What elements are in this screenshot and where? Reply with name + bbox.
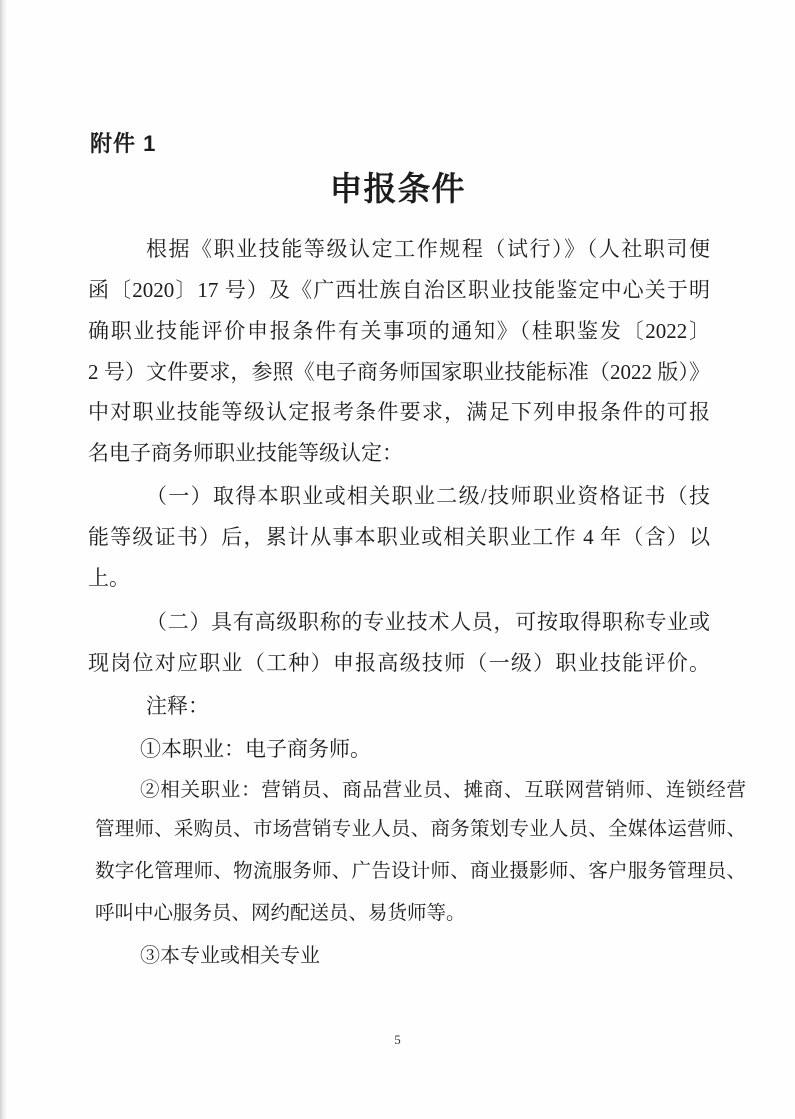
scan-edge-shadow xyxy=(0,0,7,1119)
body-line: 能等级证书）后，累计从事本职业或相关职业工作 4 年（含）以 xyxy=(88,525,710,552)
body-line: 名电子商务师职业技能等级认定： xyxy=(88,441,403,467)
document-title: 申报条件 xyxy=(0,174,795,207)
body-line: 上。 xyxy=(88,566,130,592)
body-line: 函〔2020〕17 号）及《广西壮族自治区职业技能鉴定中心关于明 xyxy=(88,278,710,305)
scanned-document-page: 附件 1 申报条件 根据《职业技能等级认定工作规程（试行）》（人社职司便 函〔2… xyxy=(0,0,795,1119)
notes-heading: 注释： xyxy=(146,694,209,720)
note-line: ①本职业：电子商务师。 xyxy=(140,737,371,763)
body-line: 确职业技能评价申报条件有关事项的通知》（桂职鉴发〔2022〕 xyxy=(88,319,710,346)
note-line: ②相关职业：营销员、商品营业员、摊商、互联网营销师、连锁经营 xyxy=(140,779,746,806)
body-line: （一）取得本职业或相关职业二级/技师职业资格证书（技 xyxy=(146,484,710,511)
body-line: （二）具有高级职称的专业技术人员，可按取得职称专业或 xyxy=(146,610,710,637)
attachment-label: 附件 1 xyxy=(90,133,156,155)
body-line: 根据《职业技能等级认定工作规程（试行）》（人社职司便 xyxy=(146,237,710,264)
note-line: ③本专业或相关专业 xyxy=(140,944,320,968)
body-line: 现岗位对应职业（工种）申报高级技师（一级）职业技能评价。 xyxy=(88,651,710,678)
body-line: 2 号）文件要求，参照《电子商务师国家职业技能标准（2022 版）》 xyxy=(88,360,710,387)
note-line: 管理师、采购员、市场营销专业人员、商务策划专业人员、全媒体运营师、 xyxy=(95,818,746,845)
body-line: 中对职业技能等级认定报考条件要求，满足下列申报条件的可报 xyxy=(88,400,710,427)
note-line: 呼叫中心服务员、网约配送员、易货师等。 xyxy=(95,902,466,926)
page-number: 5 xyxy=(0,1033,795,1046)
note-line: 数字化管理师、物流服务师、广告设计师、商业摄影师、客户服务管理员、 xyxy=(95,860,746,887)
